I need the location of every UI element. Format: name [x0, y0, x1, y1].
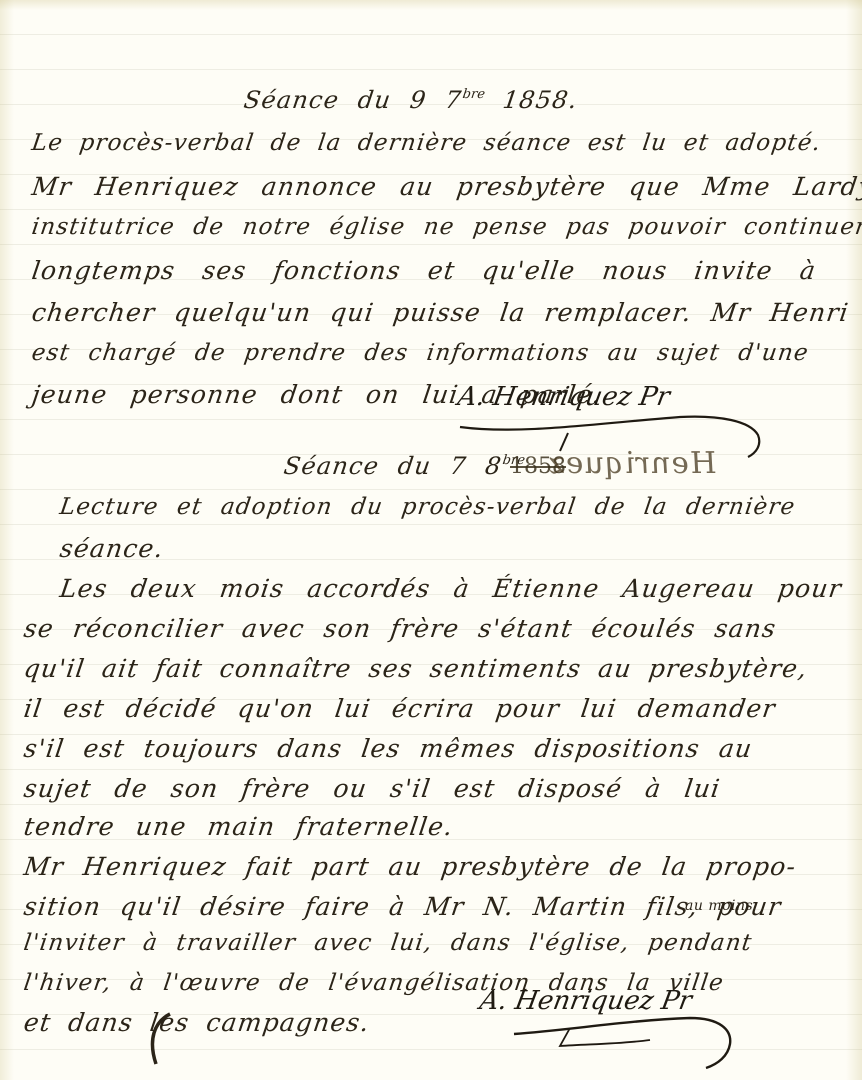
entry-2-line-7: s'il est toujours dans les mêmes disposi… [22, 734, 755, 763]
signature-flourish-icon [500, 1010, 760, 1080]
entry-1-line-3: institutrice de notre église ne pense pa… [30, 214, 862, 240]
heading-date-text: Séance du 7 8 [282, 452, 504, 480]
heading-date-text: Séance du 9 7 [242, 86, 464, 114]
interlinear-insert: au moins [685, 898, 753, 914]
entry-2-line-1: Lecture et adoption du procès-verbal de … [58, 494, 797, 520]
entry-1-line-4: longtemps ses fonctions et qu'elle nous … [30, 256, 818, 285]
entry-1-line-5: chercher quelqu'un qui puisse la remplac… [30, 298, 851, 327]
entry-2-line-3: Les deux mois accordés à Étienne Augerea… [58, 574, 844, 603]
entry-1-line-1: Le procès-verbal de la dernière séance e… [30, 130, 823, 156]
entry-2-heading: Séance du 7 8bre [282, 452, 526, 480]
entry-2-line-12: l'inviter à travailler avec lui, dans l'… [22, 930, 754, 956]
entry-2-line-5: qu'il ait fait connaître ses sentiments … [22, 654, 810, 683]
entry-2-line-4: se réconcilier avec son frère s'étant éc… [22, 614, 778, 643]
entry-2-line-14: et dans les campagnes. [22, 1008, 372, 1037]
entry-2-line-11: sition qu'il désire faire à Mr N. Martin… [22, 892, 783, 921]
entry-2-line-2: séance. [58, 534, 166, 563]
manuscript-page: Séance du 9 7bre 1858. Le procès-verbal … [0, 0, 862, 1080]
entry-2-line-9: tendre une main fraternelle. [22, 812, 455, 841]
heading-year: 1858. [482, 86, 579, 114]
entry-2-line-10: Mr Henriquez fait part au presbytère de … [22, 852, 798, 881]
entry-1-line-2: Mr Henriquez annonce au presbytère que M… [30, 172, 862, 201]
bleed-through-text: Henriquez [546, 446, 719, 481]
heading-superscript: bre [462, 87, 486, 102]
entry-2-line-8: sujet de son frère ou s'il est disposé à… [22, 774, 722, 803]
margin-bracket-mark [140, 1010, 180, 1070]
entry-1-line-6: est chargé de prendre des informations a… [30, 340, 811, 366]
entry-1-heading: Séance du 9 7bre 1858. [242, 86, 580, 114]
entry-2-line-6: il est décidé qu'on lui écrira pour lui … [22, 694, 778, 723]
